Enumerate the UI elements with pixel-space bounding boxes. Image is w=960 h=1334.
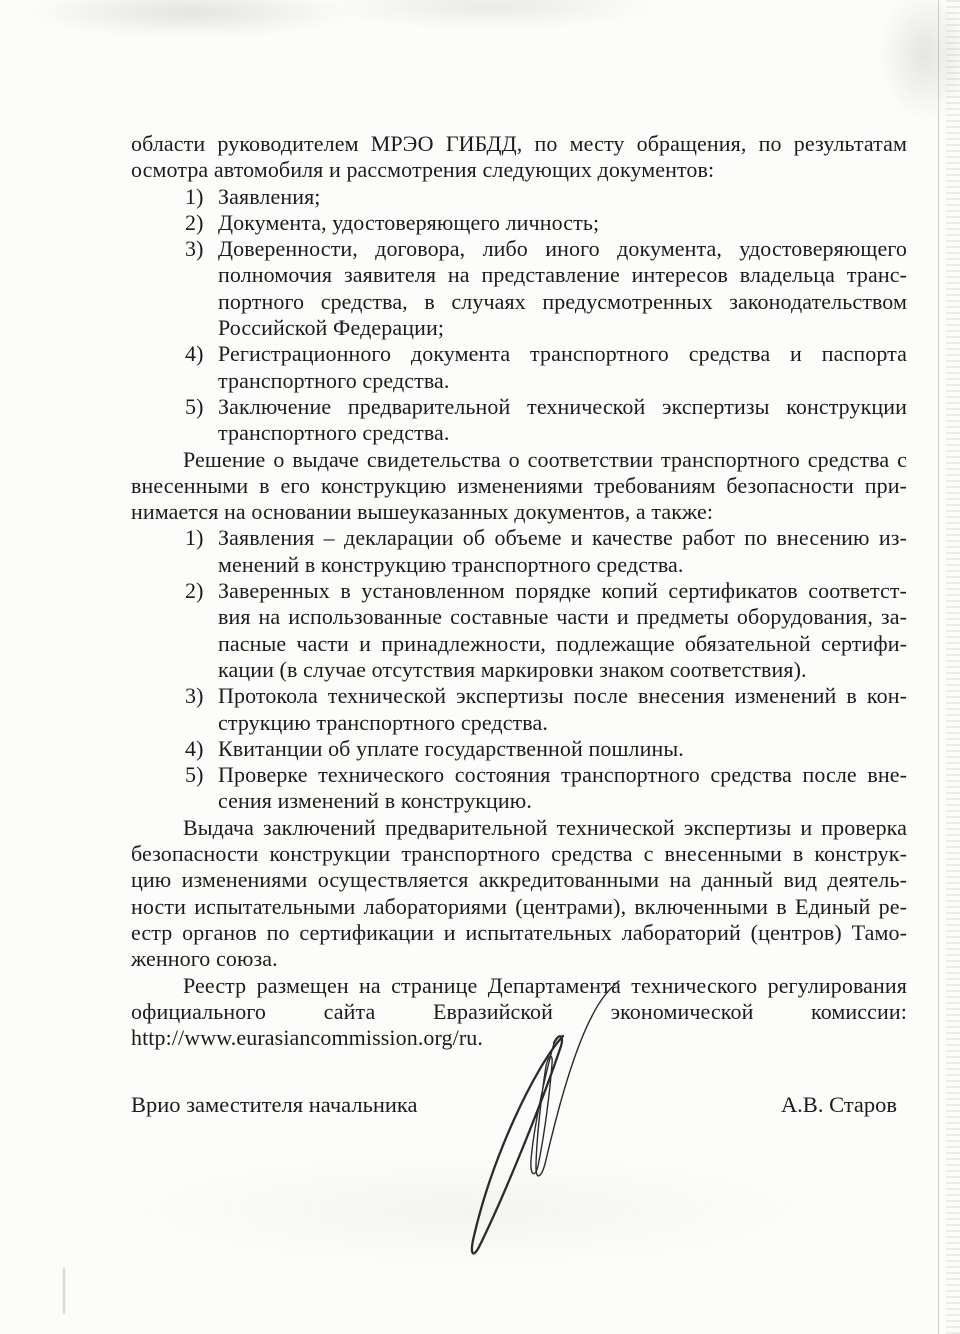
- list-number: 4): [185, 736, 204, 762]
- scan-smudge: [120, 1150, 820, 1270]
- list-item: 3) Доверенности, договора, либо иного до…: [131, 236, 907, 341]
- list-item: 4) Регистрационного документа транспортн…: [131, 341, 907, 394]
- text-line: Заявления – декларации об объеме и качес…: [218, 525, 907, 551]
- text-line: Проверке технического состояния транспор…: [218, 762, 907, 788]
- list-item: 3) Протокола технической экспертизы посл…: [131, 683, 907, 736]
- text-line: транспортного средства.: [218, 420, 907, 446]
- text-line: струкцию транспортного средства.: [218, 710, 907, 736]
- scan-edge-noise: [946, 0, 960, 1334]
- url-text: http://www.eurasiancommission.org/ru.: [131, 1025, 907, 1051]
- list-item: 5) Проверке технического состояния транс…: [131, 762, 907, 815]
- scan-smudge: [25, 0, 355, 38]
- text-line: ности испытательными лабораториями (цент…: [131, 894, 907, 920]
- text-line: нимается на основании вышеуказанных доку…: [131, 499, 907, 525]
- text-line: безопасности конструкции транспортного с…: [131, 841, 907, 867]
- scan-edge-line: [938, 0, 939, 1334]
- list-item: 1) Заявления;: [131, 184, 907, 210]
- text-line: Выдача заключений предварительной технич…: [131, 815, 907, 841]
- document-body: области руководителем МРЭО ГИБДД, по мес…: [131, 131, 907, 1051]
- text-line: цию изменениями осуществляется аккредито…: [131, 867, 907, 893]
- text-line: Протокола технической экспертизы после в…: [218, 683, 907, 709]
- list-number: 5): [185, 394, 204, 420]
- text-line: вия на использованные составные части и …: [218, 604, 907, 630]
- scanned-document-page: области руководителем МРЭО ГИБДД, по мес…: [0, 0, 960, 1334]
- scan-smudge: [880, 0, 960, 120]
- text-line: Заверенных в установленном порядке копий…: [218, 578, 907, 604]
- list-number: 5): [185, 762, 204, 788]
- text-line: Заявления;: [218, 184, 907, 210]
- text-line: портного средства, в случаях предусмотре…: [218, 289, 907, 315]
- text-line: Квитанции об уплате государственной пошл…: [218, 736, 907, 762]
- list-number: 1): [185, 525, 204, 551]
- text-line: менений в конструкцию транспортного сред…: [218, 552, 907, 578]
- text-line: Регистрационного документа транспортного…: [218, 341, 907, 367]
- list-number: 3): [185, 683, 204, 709]
- list-item: 5) Заключение предварительной техническо…: [131, 394, 907, 447]
- text-line: Решение о выдаче свидетельства о соответ…: [131, 447, 907, 473]
- text-line: официального сайта Евразийской экономиче…: [131, 999, 907, 1025]
- list-item: 2) Заверенных в установленном порядке ко…: [131, 578, 907, 683]
- text-line: области руководителем МРЭО ГИБДД, по мес…: [131, 131, 907, 157]
- text-line: полномочия заявителя на представление ин…: [218, 262, 907, 288]
- paragraph: Выдача заключений предварительной технич…: [131, 815, 907, 973]
- list-number: 2): [185, 578, 204, 604]
- text-line: кации (в случае отсутствия маркировки зн…: [218, 657, 907, 683]
- list-item: 4) Квитанции об уплате государственной п…: [131, 736, 907, 762]
- list-number: 4): [185, 341, 204, 367]
- text-line: естр органов по сертификации и испытател…: [131, 920, 907, 946]
- signer-position: Врио заместителя начальника: [131, 1091, 418, 1118]
- text-line: женного союза.: [131, 946, 907, 972]
- list-item: 1) Заявления – декларации об объеме и ка…: [131, 525, 907, 578]
- list-item: 2) Документа, удостоверяющего личность;: [131, 210, 907, 236]
- text-line: пасные части и принадлежности, подлежащи…: [218, 631, 907, 657]
- text-line: Реестр размещен на странице Департамента…: [131, 973, 907, 999]
- text-line: Документа, удостоверяющего личность;: [218, 210, 907, 236]
- text-line: транспортного средства.: [218, 368, 907, 394]
- list-number: 1): [185, 184, 204, 210]
- text-line: Доверенности, договора, либо иного докум…: [218, 236, 907, 262]
- list-number: 3): [185, 236, 204, 262]
- list-number: 2): [185, 210, 204, 236]
- paragraph: Решение о выдаче свидетельства о соответ…: [131, 447, 907, 526]
- text-line: внесенными в его конструкцию изменениями…: [131, 473, 907, 499]
- signer-name: А.В. Старов: [781, 1091, 897, 1118]
- text-line: сения изменений в конструкцию.: [218, 788, 907, 814]
- paragraph: Реестр размещен на странице Департамента…: [131, 973, 907, 1052]
- text-line: Заключение предварительной технической э…: [218, 394, 907, 420]
- scan-smudge: [320, 0, 660, 30]
- text-line: Российской Федерации;: [218, 315, 907, 341]
- paragraph: области руководителем МРЭО ГИБДД, по мес…: [131, 131, 907, 184]
- text-line: осмотра автомобиля и рассмотрения следую…: [131, 157, 907, 183]
- scan-edge-dash: [63, 1268, 65, 1314]
